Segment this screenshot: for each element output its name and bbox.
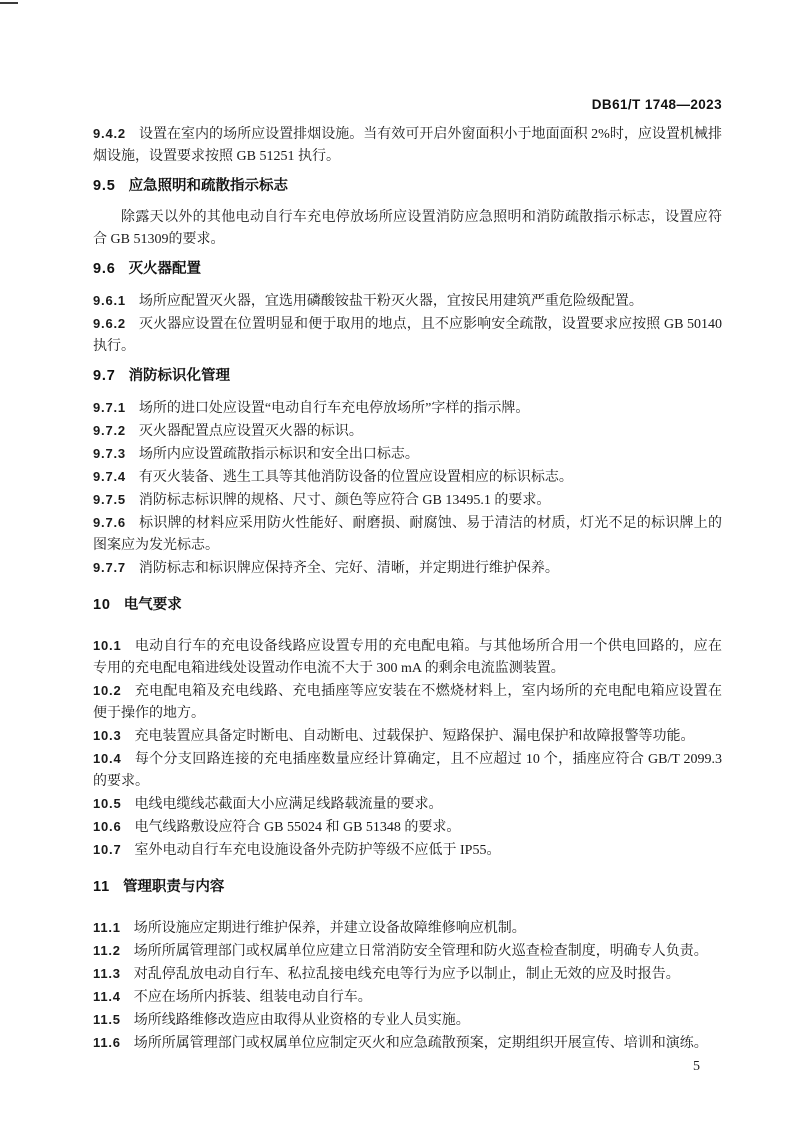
clause-text: 灭火器应设置在位置明显和便于取用的地点，且不应影响安全疏散，设置要求应按照 GB…: [93, 317, 722, 354]
clause-text: 电线电缆线芯截面大小应满足线路载流量的要求。: [135, 797, 443, 812]
heading-text: 管理职责与内容: [123, 879, 225, 895]
heading-text: 灭火器配置: [129, 261, 202, 277]
clause-text: 场所设施应定期进行维护保养，并建立设备故障维修响应机制。: [134, 921, 526, 936]
clause-11-3: 11.3对乱停乱放电动自行车、私拉乱接电线充电等行为应予以制止，制止无效的应及时…: [93, 963, 722, 986]
clause-number: 9.7.7: [93, 560, 126, 575]
clause-text: 标识牌的材料应采用防火性能好、耐磨损、耐腐蚀、易于清洁的材质，灯光不足的标识牌上…: [93, 516, 722, 553]
clause-text: 场所线路维修改造应由取得从业资格的专业人员实施。: [134, 1013, 470, 1028]
clause-text: 场所的进口处应设置“电动自行车充电停放场所”字样的指示牌。: [139, 401, 529, 416]
heading-number: 9.6: [93, 261, 116, 277]
heading-number: 9.7: [93, 368, 116, 384]
clause-9-4-2: 9.4.2设置在室内的场所应设置排烟设施。当有效可开启外窗面积小于地面面积 2%…: [93, 123, 722, 168]
clause-number: 10.3: [93, 728, 122, 743]
clause-number: 10.4: [93, 751, 122, 766]
page-number: 5: [93, 1059, 722, 1075]
clause-number: 9.7.5: [93, 492, 126, 507]
clause-9-6-1: 9.6.1场所应配置灭火器，宜选用磷酸铵盐干粉灭火器，宜按民用建筑严重危险级配置…: [93, 290, 722, 313]
clause-11-6: 11.6场所所属管理部门或权属单位应制定灭火和应急疏散预案，定期组织开展宣传、培…: [93, 1032, 722, 1055]
clause-11-1: 11.1场所设施应定期进行维护保养，并建立设备故障维修响应机制。: [93, 917, 722, 940]
heading-11: 11管理职责与内容: [93, 876, 722, 898]
heading-text: 消防标识化管理: [129, 368, 231, 384]
clause-number: 9.7.1: [93, 400, 126, 415]
heading-10: 10电气要求: [93, 594, 722, 616]
clause-11-4: 11.4不应在场所内拆装、组装电动自行车。: [93, 986, 722, 1009]
clause-11-5: 11.5场所线路维修改造应由取得从业资格的专业人员实施。: [93, 1009, 722, 1032]
clause-text: 场所所属管理部门或权属单位应建立日常消防安全管理和防火巡查检查制度，明确专人负责…: [134, 944, 708, 959]
clause-text: 场所所属管理部门或权属单位应制定灭火和应急疏散预案，定期组织开展宣传、培训和演练…: [134, 1036, 708, 1051]
clause-number: 10.2: [93, 683, 122, 698]
heading-9-5: 9.5应急照明和疏散指示标志: [93, 175, 722, 197]
heading-9-7: 9.7消防标识化管理: [93, 365, 722, 387]
clause-10-2: 10.2充电配电箱及充电线路、充电插座等应安装在不燃烧材料上，室内场所的充电配电…: [93, 680, 722, 725]
paragraph-9-5: 除露天以外的其他电动自行车充电停放场所应设置消防应急照明和消防疏散指示标志，设置…: [93, 207, 722, 251]
heading-9-6: 9.6灭火器配置: [93, 258, 722, 280]
clause-text: 电动自行车的充电设备线路应设置专用的充电配电箱。与其他场所合用一个供电回路的，应…: [93, 639, 722, 676]
clause-number: 11.3: [93, 966, 121, 981]
clause-text: 对乱停乱放电动自行车、私拉乱接电线充电等行为应予以制止，制止无效的应及时报告。: [134, 967, 680, 982]
clause-text: 设置在室内的场所应设置排烟设施。当有效可开启外窗面积小于地面面积 2%时，应设置…: [93, 127, 722, 164]
clause-number: 10.5: [93, 796, 122, 811]
clause-text: 灭火器配置点应设置灭火器的标识。: [139, 424, 363, 439]
clause-9-7-5: 9.7.5消防标志标识牌的规格、尺寸、颜色等应符合 GB 13495.1 的要求…: [93, 489, 722, 512]
clause-number: 10.6: [93, 819, 122, 834]
clause-number: 9.7.4: [93, 469, 126, 484]
clause-number: 10.7: [93, 842, 122, 857]
clause-number: 9.7.2: [93, 423, 126, 438]
clause-10-5: 10.5电线电缆线芯截面大小应满足线路载流量的要求。: [93, 793, 722, 816]
clause-text: 消防标志和标识牌应保持齐全、完好、清晰，并定期进行维护保养。: [139, 561, 559, 576]
clause-number: 9.6.2: [93, 316, 126, 331]
clause-9-7-1: 9.7.1场所的进口处应设置“电动自行车充电停放场所”字样的指示牌。: [93, 397, 722, 420]
clause-9-7-3: 9.7.3场所内应设置疏散指示标识和安全出口标志。: [93, 443, 722, 466]
clause-10-4: 10.4每个分支回路连接的充电插座数量应经计算确定，且不应超过 10 个，插座应…: [93, 748, 722, 793]
clause-number: 11.5: [93, 1012, 121, 1027]
clause-text: 每个分支回路连接的充电插座数量应经计算确定，且不应超过 10 个，插座应符合 G…: [93, 752, 722, 789]
clause-10-3: 10.3充电装置应具备定时断电、自动断电、过载保护、短路保护、漏电保护和故障报警…: [93, 725, 722, 748]
clause-number: 10.1: [93, 638, 122, 653]
clause-9-6-2: 9.6.2灭火器应设置在位置明显和便于取用的地点，且不应影响安全疏散，设置要求应…: [93, 313, 722, 358]
clause-9-7-4: 9.7.4有灭火装备、逃生工具等其他消防设备的位置应设置相应的标识标志。: [93, 466, 722, 489]
clause-text: 消防标志标识牌的规格、尺寸、颜色等应符合 GB 13495.1 的要求。: [139, 493, 550, 508]
scan-artifact: [0, 2, 18, 4]
clause-text: 不应在场所内拆装、组装电动自行车。: [134, 990, 372, 1005]
clause-number: 11.2: [93, 943, 121, 958]
clause-text: 充电装置应具备定时断电、自动断电、过载保护、短路保护、漏电保护和故障报警等功能。: [135, 729, 695, 744]
clause-9-7-7: 9.7.7消防标志和标识牌应保持齐全、完好、清晰，并定期进行维护保养。: [93, 557, 722, 580]
heading-number: 10: [93, 597, 111, 613]
clause-9-7-6: 9.7.6标识牌的材料应采用防火性能好、耐磨损、耐腐蚀、易于清洁的材质，灯光不足…: [93, 512, 722, 557]
clause-number: 9.7.3: [93, 446, 126, 461]
heading-text: 电气要求: [124, 597, 182, 613]
clause-10-6: 10.6电气线路敷设应符合 GB 55024 和 GB 51348 的要求。: [93, 816, 722, 839]
heading-text: 应急照明和疏散指示标志: [129, 178, 289, 194]
clause-number: 9.7.6: [93, 515, 126, 530]
clause-number: 11.6: [93, 1035, 121, 1050]
clause-text: 充电配电箱及充电线路、充电插座等应安装在不燃烧材料上，室内场所的充电配电箱应设置…: [93, 684, 722, 721]
heading-number: 11: [93, 879, 110, 895]
clause-number: 9.4.2: [93, 126, 126, 141]
clause-number: 11.1: [93, 920, 121, 935]
clause-number: 9.6.1: [93, 293, 126, 308]
clause-10-1: 10.1电动自行车的充电设备线路应设置专用的充电配电箱。与其他场所合用一个供电回…: [93, 635, 722, 680]
clause-text: 场所应配置灭火器，宜选用磷酸铵盐干粉灭火器，宜按民用建筑严重危险级配置。: [139, 294, 643, 309]
document-number-header: DB61/T 1748—2023: [93, 97, 722, 112]
clause-text: 室外电动自行车充电设施设备外壳防护等级不应低于 IP55。: [135, 843, 501, 858]
clause-text: 电气线路敷设应符合 GB 55024 和 GB 51348 的要求。: [135, 820, 461, 835]
clause-text: 有灭火装备、逃生工具等其他消防设备的位置应设置相应的标识标志。: [139, 470, 573, 485]
clause-9-7-2: 9.7.2灭火器配置点应设置灭火器的标识。: [93, 420, 722, 443]
clause-number: 11.4: [93, 989, 121, 1004]
clause-11-2: 11.2场所所属管理部门或权属单位应建立日常消防安全管理和防火巡查检查制度，明确…: [93, 940, 722, 963]
document-page: DB61/T 1748—2023 9.4.2设置在室内的场所应设置排烟设施。当有…: [93, 97, 722, 1075]
clause-10-7: 10.7室外电动自行车充电设施设备外壳防护等级不应低于 IP55。: [93, 839, 722, 862]
clause-text: 场所内应设置疏散指示标识和安全出口标志。: [139, 447, 419, 462]
heading-number: 9.5: [93, 178, 116, 194]
